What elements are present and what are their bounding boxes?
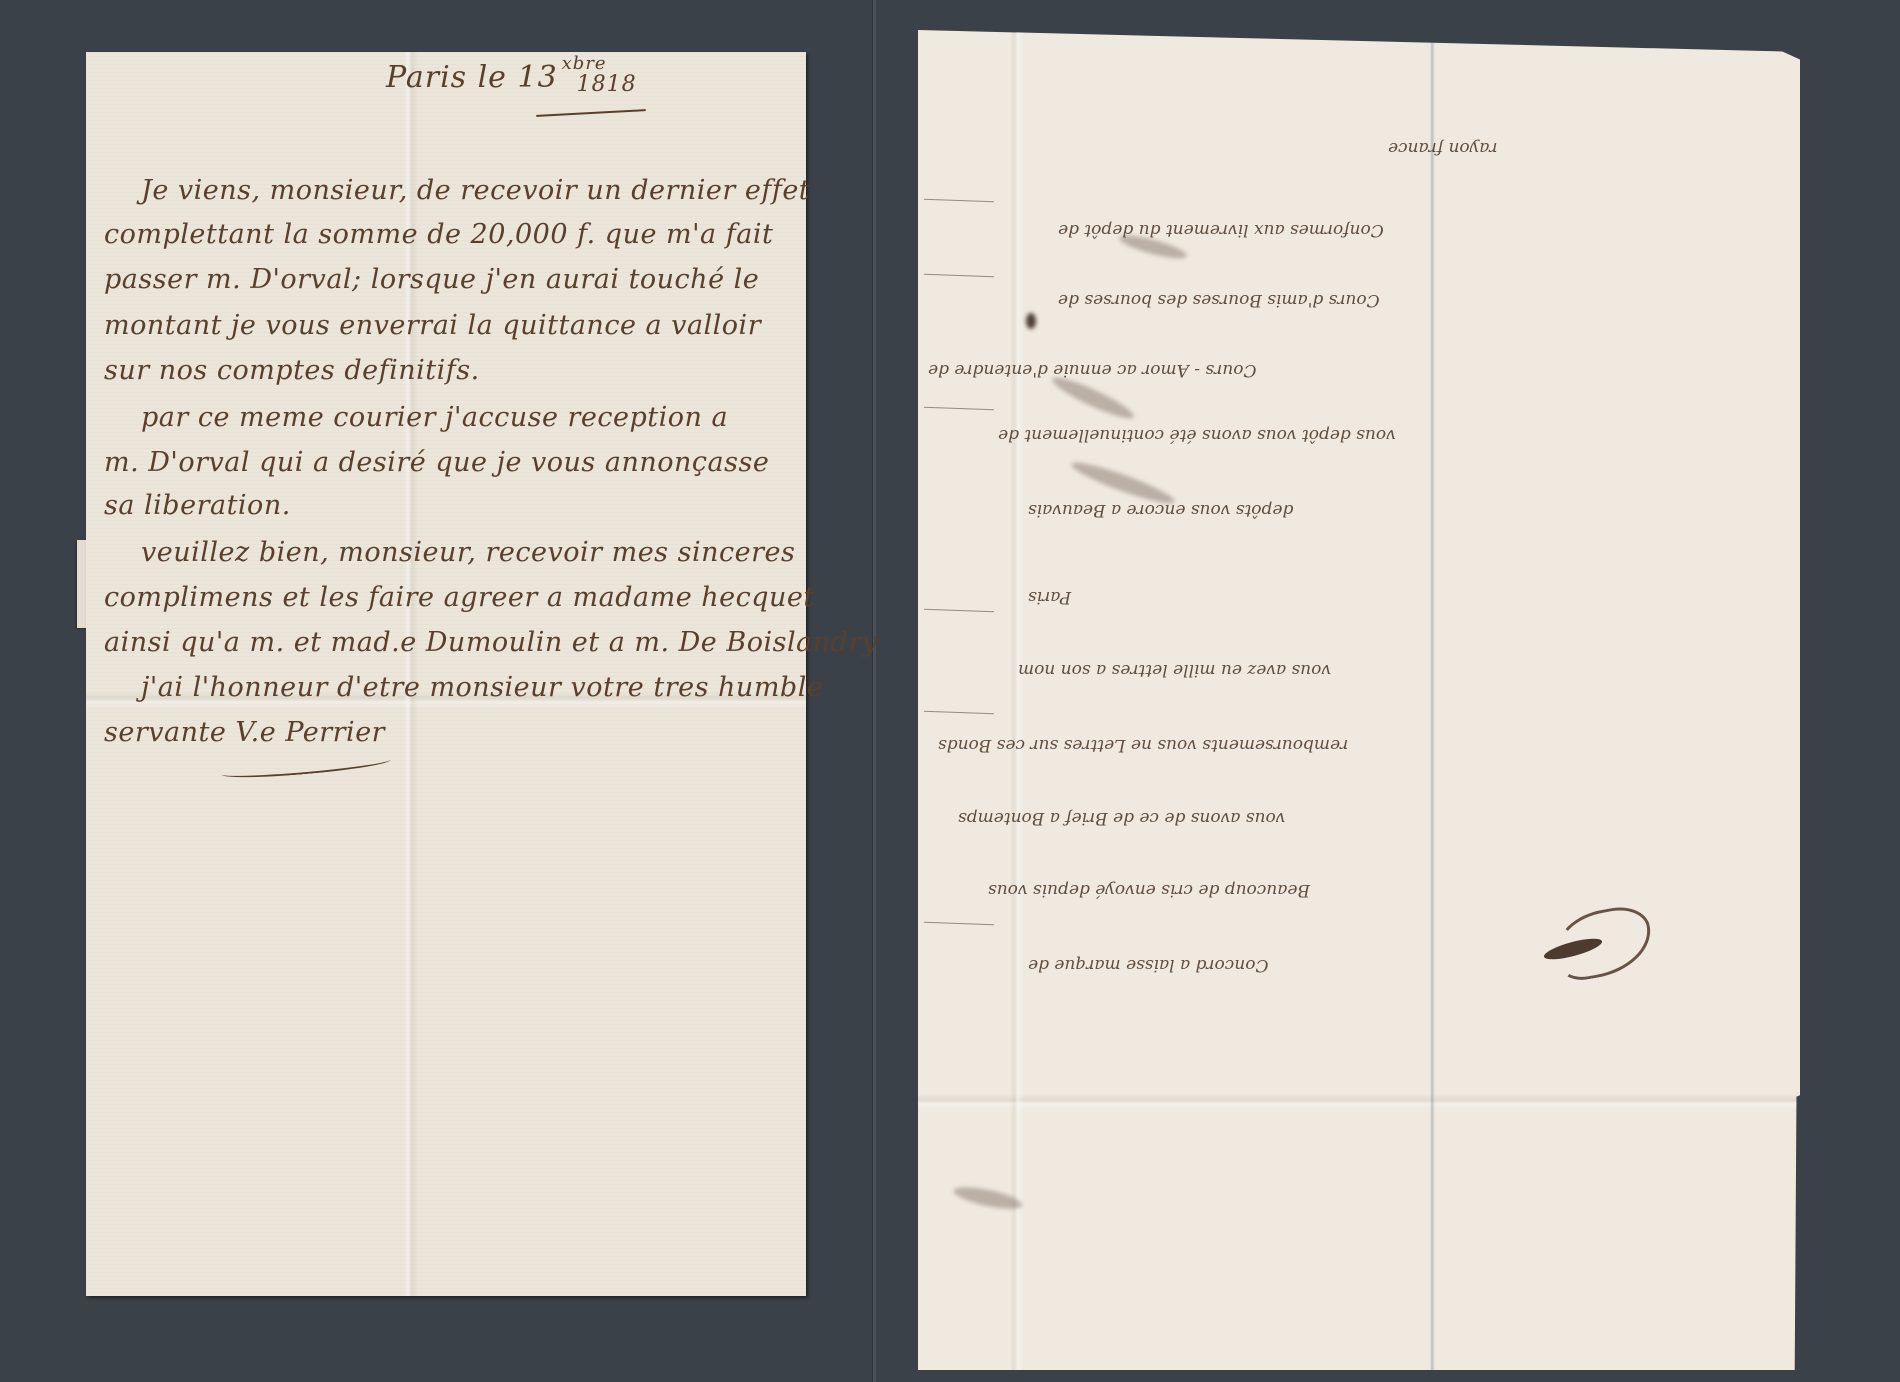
show-through-line: vous avez eu mille lettres a son nom xyxy=(1018,660,1331,680)
ink-smudge xyxy=(952,1183,1024,1213)
margin-rule xyxy=(924,407,994,410)
mounting-board-seam xyxy=(873,0,876,1382)
handwritten-letter: Paris le 13xbre1818 Je viens, monsieur, … xyxy=(86,52,806,1296)
signature-flourish xyxy=(221,753,392,782)
show-through-line: Beaucoup de cris envoyé depuis vous xyxy=(988,880,1310,900)
letter-line: montant je vous enverrai la quittance a … xyxy=(104,310,761,341)
show-through-line: rayon france xyxy=(1388,138,1498,158)
show-through-line: Cours d'amis Bourses des bourses de xyxy=(1058,290,1380,310)
letter-line: m. D'orval qui a desiré que je vous anno… xyxy=(104,447,769,478)
show-through-line: Concord a laisse marque de xyxy=(1028,955,1268,975)
margin-rule xyxy=(924,274,994,277)
show-through-line: vous depôt vous avons été continuellemen… xyxy=(998,425,1396,445)
letter-line: passer m. D'orval; lorsque j'en aurai to… xyxy=(104,264,759,295)
letter-line: veuillez bien, monsieur, recevoir mes si… xyxy=(141,537,795,568)
letter-sheet-reverse: rayon france Conformes aux livrement du … xyxy=(918,30,1800,1370)
margin-rule xyxy=(924,199,994,202)
dateline-place-day: Paris le 13 xyxy=(386,60,558,95)
show-through-line: Conformes aux livrement du depôt de xyxy=(1058,220,1384,240)
margin-rule xyxy=(924,711,994,714)
letter-line: complimens et les faire agreer a madame … xyxy=(104,582,815,613)
letter-line: complettant la somme de 20,000 f. que m'… xyxy=(104,219,773,250)
show-through-line: depôts vous encore a Beauvais xyxy=(1028,500,1293,520)
show-through-line: Cours - Amor ac ennuie d'entendre de xyxy=(928,360,1256,380)
show-through-line: remboursements vous ne Lettres sur ces B… xyxy=(938,735,1348,755)
letter-dateline: Paris le 13xbre1818 xyxy=(386,60,637,95)
margin-rule xyxy=(924,609,994,612)
dateline-year: 1818 xyxy=(577,72,637,97)
ink-blot xyxy=(1026,313,1036,329)
show-through-line: vous avons de ce de Brief a Bontemps xyxy=(958,808,1285,828)
letter-line: sa liberation. xyxy=(104,490,291,521)
letter-line: sur nos comptes definitifs. xyxy=(104,355,480,386)
letter-line: j'ai l'honneur d'etre monsieur votre tre… xyxy=(141,672,823,703)
letter-line: Je viens, monsieur, de recevoir un derni… xyxy=(141,175,810,206)
letter-line: par ce meme courier j'accuse reception a xyxy=(141,402,728,433)
dateline-month: xbre xyxy=(562,53,607,74)
letter-sheet-front: Paris le 13xbre1818 Je viens, monsieur, … xyxy=(86,52,806,1296)
letter-line: ainsi qu'a m. et mad.e Dumoulin et a m. … xyxy=(104,627,878,658)
margin-rule xyxy=(924,922,994,925)
letter-signature: servante V.e Perrier xyxy=(104,717,385,748)
dateline-underline xyxy=(536,109,646,117)
show-through-line: Paris xyxy=(1028,587,1071,607)
